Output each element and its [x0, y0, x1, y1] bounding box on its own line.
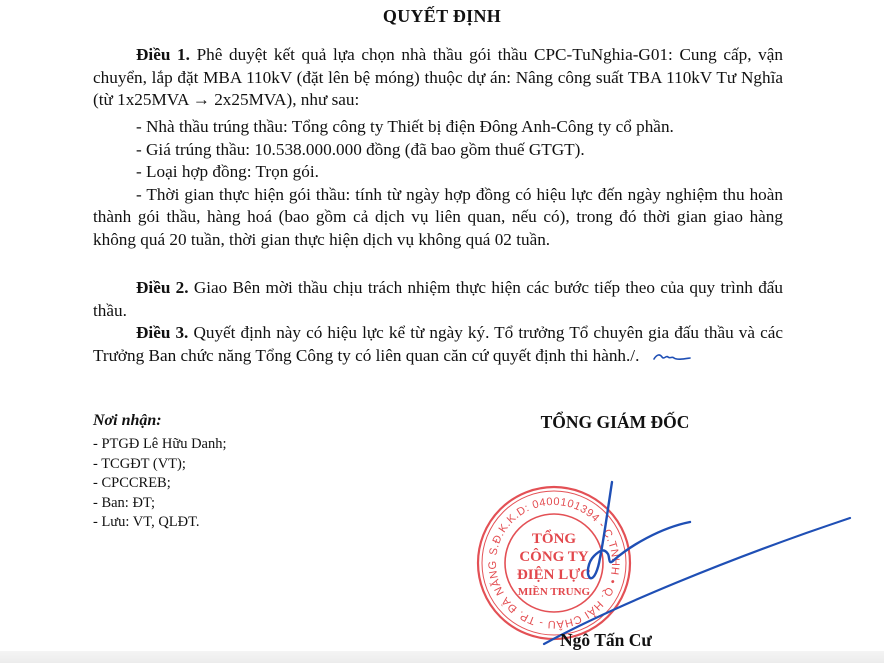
recipients-list: - PTGĐ Lê Hữu Danh; - TCGĐT (VT); - CPCC…: [93, 435, 227, 533]
recipients-heading: Nơi nhận:: [93, 412, 227, 430]
handwritten-signature-icon: [530, 478, 870, 648]
document-title: QUYẾT ĐỊNH: [0, 6, 884, 27]
winning-price: - Giá trúng thầu: 10.538.000.000 đồng (đ…: [93, 139, 783, 162]
recipient-item: - PTGĐ Lê Hữu Danh;: [93, 435, 227, 455]
recipient-item: - TCGĐT (VT);: [93, 455, 227, 475]
article-1-label: Điều 1.: [136, 45, 190, 64]
signer-title: TỔNG GIÁM ĐỐC: [520, 412, 710, 433]
article-1: Điều 1. Phê duyệt kết quả lựa chọn nhà t…: [93, 44, 783, 112]
winning-contractor: - Nhà thầu trúng thầu: Tổng công ty Thiế…: [93, 116, 783, 139]
article-2-text: Giao Bên mời thầu chịu trách nhiệm thực …: [93, 278, 783, 320]
recipient-item: - Lưu: VT, QLĐT.: [93, 513, 227, 533]
recipients-block: Nơi nhận: - PTGĐ Lê Hữu Danh; - TCGĐT (V…: [93, 412, 227, 533]
article-1-text: Phê duyệt kết quả lựa chọn nhà thầu gói …: [93, 45, 783, 109]
execution-time: - Thời gian thực hiện gói thầu: tính từ …: [93, 184, 783, 252]
page-bottom-edge: [0, 651, 884, 663]
article-3: Điều 3. Quyết định này có hiệu lực kể từ…: [93, 322, 783, 367]
recipient-item: - Ban: ĐT;: [93, 494, 227, 514]
article-2: Điều 2. Giao Bên mời thầu chịu trách nhi…: [93, 277, 783, 322]
initials-mark-icon: [653, 351, 691, 363]
document-page: QUYẾT ĐỊNH Điều 1. Phê duyệt kết quả lựa…: [0, 0, 884, 651]
article-1-items: - Nhà thầu trúng thầu: Tổng công ty Thiế…: [93, 116, 783, 251]
recipient-item: - CPCCREB;: [93, 474, 227, 494]
contract-type: - Loại hợp đồng: Trọn gói.: [93, 161, 783, 184]
signer-name: Ngô Tấn Cư: [560, 630, 652, 651]
article-3-label: Điều 3.: [136, 323, 188, 342]
article-2-label: Điều 2.: [136, 278, 189, 297]
